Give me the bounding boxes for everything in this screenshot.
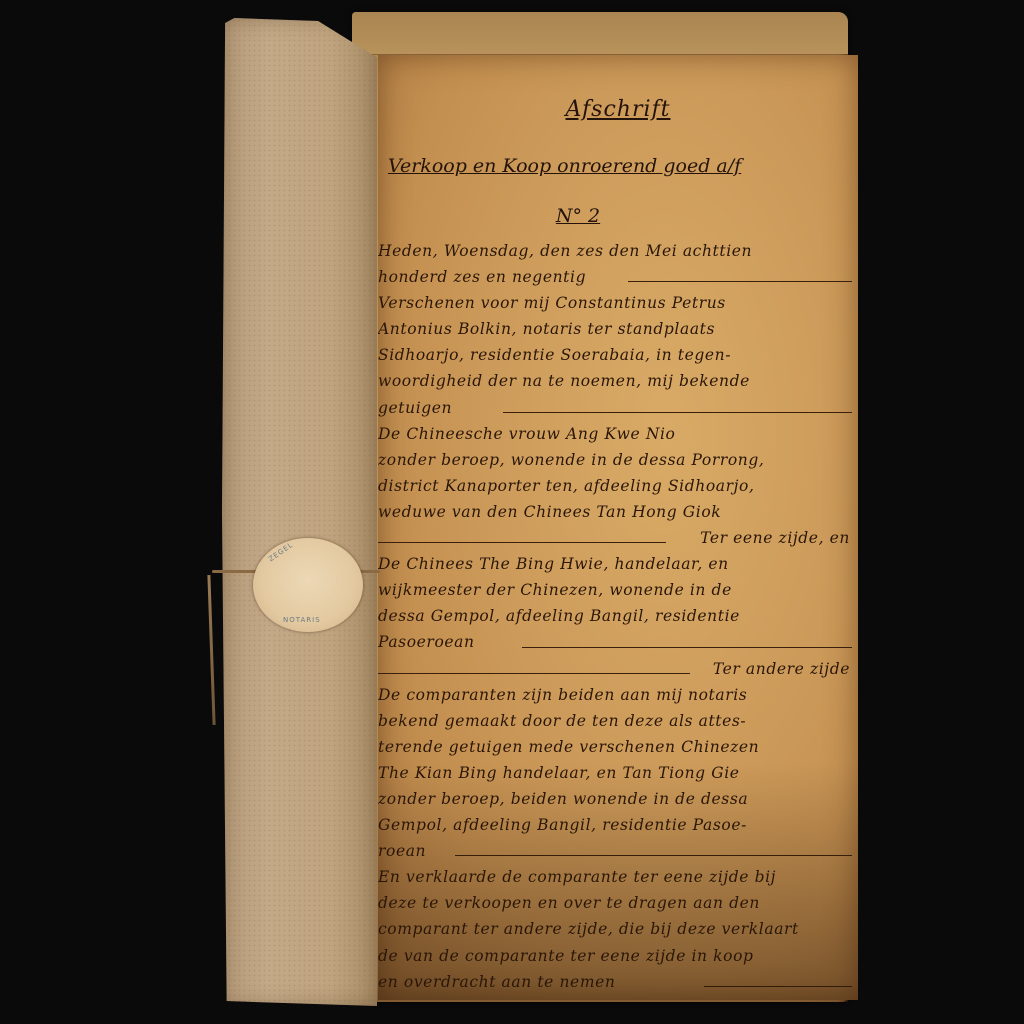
document-photo: Afschrift Verkoop en Koop onroerend goed… — [0, 0, 1024, 1024]
binding-string-tail — [207, 575, 215, 725]
text-line: Verschenen voor mij Constantinus Petrus — [378, 290, 858, 316]
text-line: bekend gemaakt door de ten deze als atte… — [378, 708, 858, 734]
text-line: roean — [378, 838, 858, 864]
text-line: en overdracht aan te nemen — [378, 969, 858, 995]
text-line: comparant ter andere zijde, die bij deze… — [378, 916, 858, 942]
text-line: de van de comparante ter eene zijde in k… — [378, 943, 858, 969]
document-subtitle: Verkoop en Koop onroerend goed a/f — [388, 155, 858, 177]
sheet-top-fold — [352, 12, 848, 55]
document-number: N° 2 — [378, 205, 858, 227]
text-line: terende getuigen mede verschenen Chineze… — [378, 734, 858, 760]
text-line: De comparanten zijn beiden aan mij notar… — [378, 682, 858, 708]
text-line: honderd zes en negentig — [378, 264, 858, 290]
text-line: dessa Gempol, afdeeling Bangil, resident… — [378, 603, 858, 629]
seal-bottom-text: NOTARIS — [283, 616, 321, 624]
text-line: zonder beroep, beiden wonende in de dess… — [378, 786, 858, 812]
text-line: een perceel Gouvernementsgrond, gelegen — [378, 995, 858, 1000]
text-line: getuigen — [378, 395, 858, 421]
text-line: Antonius Bolkin, notaris ter standplaats — [378, 316, 858, 342]
text-line: The Kian Bing handelaar, en Tan Tiong Gi… — [378, 760, 858, 786]
text-line: Ter eene zijde, en — [378, 525, 858, 551]
text-line: En verklaarde de comparante ter eene zij… — [378, 864, 858, 890]
text-line: De Chinees The Bing Hwie, handelaar, en — [378, 551, 858, 577]
document-title: Afschrift — [378, 97, 858, 122]
folded-cover-strip — [222, 18, 377, 1006]
text-line: De Chineesche vrouw Ang Kwe Nio — [378, 421, 858, 447]
text-line: Heden, Woensdag, den zes den Mei achttie… — [378, 238, 858, 264]
text-line: Ter andere zijde — [378, 656, 858, 682]
text-line: Pasoeroean — [378, 629, 858, 655]
handwritten-text-body: Heden, Woensdag, den zes den Mei achttie… — [378, 238, 858, 1000]
wax-seal: ZEGEL NOTARIS — [253, 538, 363, 632]
text-line: Sidhoarjo, residentie Soerabaia, in tege… — [378, 342, 858, 368]
text-line: weduwe van den Chinees Tan Hong Giok — [378, 499, 858, 525]
handwritten-page: Afschrift Verkoop en Koop onroerend goed… — [378, 55, 858, 1000]
text-line: wijkmeester der Chinezen, wonende in de — [378, 577, 858, 603]
text-line: deze te verkoopen en over te dragen aan … — [378, 890, 858, 916]
text-line: zonder beroep, wonende in de dessa Porro… — [378, 447, 858, 473]
text-line: woordigheid der na te noemen, mij bekend… — [378, 368, 858, 394]
text-line: Gempol, afdeeling Bangil, residentie Pas… — [378, 812, 858, 838]
text-line: district Kanaporter ten, afdeeling Sidho… — [378, 473, 858, 499]
